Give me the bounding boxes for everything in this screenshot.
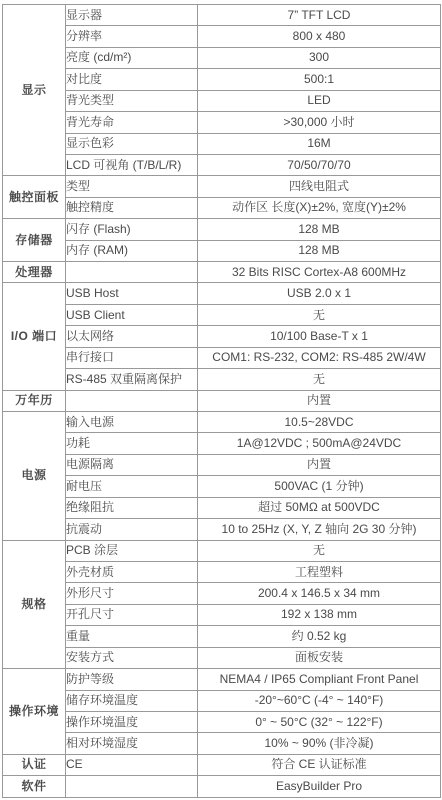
spec-row: 绝缘阻抗超过 50MΩ at 500VDC [3,497,441,518]
spec-row: 触控面板类型四线电阻式 [3,176,441,197]
spec-row: 操作环境防护等级NEMA4 / IP65 Compliant Front Pan… [3,669,441,690]
spec-row: 串行接口COM1: RS-232, COM2: RS-485 2W/4W [3,347,441,368]
property-cell: 开孔尺寸 [66,604,198,625]
value-cell: EasyBuilder Pro [198,776,441,798]
category-cell: 存储器 [3,219,66,262]
property-cell: 耐电压 [66,476,198,497]
value-cell: 192 x 138 mm [198,604,441,625]
spec-row: 外形尺寸200.4 x 146.5 x 34 mm [3,583,441,604]
spec-row: 重量约 0.52 kg [3,626,441,647]
property-cell: PCB 涂层 [66,540,198,561]
value-cell: 动作区 长度(X)±2%, 宽度(Y)±2% [198,197,441,218]
value-cell: 500VAC (1 分钟) [198,476,441,497]
value-cell: 无 [198,304,441,325]
spec-row: 对比度500:1 [3,69,441,90]
property-cell: 安装方式 [66,647,198,668]
category-cell: 显示 [3,5,66,176]
value-cell: 128 MB [198,240,441,261]
spec-table: 显示显示器7” TFT LCD分辨率800 x 480亮度 (cd/m²)300… [2,4,441,798]
spec-row: 显示显示器7” TFT LCD [3,5,441,26]
category-cell: 处理器 [3,262,66,283]
property-cell: 对比度 [66,69,198,90]
spec-row: 电源输入电源10.5~28VDC [3,412,441,433]
category-cell: 电源 [3,412,66,541]
spec-row: 电源隔离内置 [3,454,441,475]
spec-row: 以太网络10/100 Base-T x 1 [3,326,441,347]
value-cell: 500:1 [198,69,441,90]
spec-row: 耐电压500VAC (1 分钟) [3,476,441,497]
spec-row: 处理器32 Bits RISC Cortex-A8 600MHz [3,262,441,283]
property-cell: 重量 [66,626,198,647]
value-cell: 超过 50MΩ at 500VDC [198,497,441,518]
spec-table-body: 显示显示器7” TFT LCD分辨率800 x 480亮度 (cd/m²)300… [3,5,441,798]
spec-row: 功耗1A@12VDC ; 500mA@24VDC [3,433,441,454]
property-cell: 外壳材质 [66,561,198,582]
value-cell: USB 2.0 x 1 [198,283,441,304]
category-cell: 认证 [3,754,66,775]
value-cell: 16M [198,133,441,154]
value-cell: 7” TFT LCD [198,5,441,26]
category-cell: 触控面板 [3,176,66,219]
property-cell: 显示器 [66,5,198,26]
property-cell: 防护等级 [66,669,198,690]
property-cell: CE [66,754,198,775]
value-cell: 内置 [198,454,441,475]
spec-row: 开孔尺寸192 x 138 mm [3,604,441,625]
spec-row: 万年历内置 [3,390,441,411]
value-cell: 128 MB [198,219,441,240]
spec-row: 储存环境温度-20°~60°C (-4° ~ 140°F) [3,690,441,711]
property-cell: 内存 (RAM) [66,240,198,261]
property-cell: 输入电源 [66,412,198,433]
value-cell: 内置 [198,390,441,411]
property-cell: 背光类型 [66,90,198,111]
spec-row: 存储器闪存 (Flash)128 MB [3,219,441,240]
property-cell: 抗震动 [66,519,198,540]
spec-row: 背光寿命>30,000 小时 [3,112,441,133]
property-cell: 触控精度 [66,197,198,218]
spec-row: RS-485 双重隔离保护无 [3,369,441,390]
spec-row: 亮度 (cd/m²)300 [3,47,441,68]
property-cell [66,262,198,283]
category-cell: 软件 [3,776,66,798]
spec-row: 认证CE符合 CE 认证标准 [3,754,441,775]
property-cell: LCD 可视角 (T/B/L/R) [66,154,198,175]
property-cell: 以太网络 [66,326,198,347]
spec-row: 显示色彩16M [3,133,441,154]
property-cell: 闪存 (Flash) [66,219,198,240]
value-cell: COM1: RS-232, COM2: RS-485 2W/4W [198,347,441,368]
property-cell: 绝缘阻抗 [66,497,198,518]
property-cell: RS-485 双重隔离保护 [66,369,198,390]
spec-row: 背光类型LED [3,90,441,111]
value-cell: -20°~60°C (-4° ~ 140°F) [198,690,441,711]
spec-row: LCD 可视角 (T/B/L/R)70/50/70/70 [3,154,441,175]
value-cell: 无 [198,369,441,390]
value-cell: 200.4 x 146.5 x 34 mm [198,583,441,604]
value-cell: LED [198,90,441,111]
value-cell: 800 x 480 [198,26,441,47]
value-cell: 10% ~ 90% (非冷凝) [198,733,441,754]
value-cell: 四线电阻式 [198,176,441,197]
category-cell: 万年历 [3,390,66,411]
spec-row: 内存 (RAM)128 MB [3,240,441,261]
value-cell: 无 [198,540,441,561]
property-cell: 电源隔离 [66,454,198,475]
category-cell: 规格 [3,540,66,669]
value-cell: 1A@12VDC ; 500mA@24VDC [198,433,441,454]
spec-row: 触控精度动作区 长度(X)±2%, 宽度(Y)±2% [3,197,441,218]
spec-row: 相对环境湿度10% ~ 90% (非冷凝) [3,733,441,754]
value-cell: 300 [198,47,441,68]
value-cell: 约 0.52 kg [198,626,441,647]
value-cell: 面板安装 [198,647,441,668]
property-cell: 操作环境温度 [66,711,198,732]
spec-row: 操作环境温度0° ~ 50°C (32° ~ 122°F) [3,711,441,732]
property-cell: 显示色彩 [66,133,198,154]
property-cell: 类型 [66,176,198,197]
property-cell: 储存环境温度 [66,690,198,711]
spec-row: 软件EasyBuilder Pro [3,776,441,798]
property-cell: 串行接口 [66,347,198,368]
value-cell: 32 Bits RISC Cortex-A8 600MHz [198,262,441,283]
property-cell: USB Client [66,304,198,325]
property-cell [66,390,198,411]
property-cell: 功耗 [66,433,198,454]
spec-row: I/O 端口USB HostUSB 2.0 x 1 [3,283,441,304]
spec-row: 分辨率800 x 480 [3,26,441,47]
value-cell: 10 to 25Hz (X, Y, Z 轴向 2G 30 分钟) [198,519,441,540]
property-cell: 外形尺寸 [66,583,198,604]
spec-row: USB Client无 [3,304,441,325]
category-cell: 操作环境 [3,669,66,755]
property-cell: 相对环境湿度 [66,733,198,754]
property-cell [66,776,198,798]
spec-row: 规格PCB 涂层无 [3,540,441,561]
property-cell: USB Host [66,283,198,304]
category-cell: I/O 端口 [3,283,66,390]
property-cell: 分辨率 [66,26,198,47]
value-cell: 符合 CE 认证标准 [198,754,441,775]
value-cell: 70/50/70/70 [198,154,441,175]
value-cell: >30,000 小时 [198,112,441,133]
value-cell: 0° ~ 50°C (32° ~ 122°F) [198,711,441,732]
spec-row: 外壳材质工程塑料 [3,561,441,582]
value-cell: 10.5~28VDC [198,412,441,433]
value-cell: 10/100 Base-T x 1 [198,326,441,347]
property-cell: 背光寿命 [66,112,198,133]
property-cell: 亮度 (cd/m²) [66,47,198,68]
spec-row: 安装方式面板安装 [3,647,441,668]
value-cell: 工程塑料 [198,561,441,582]
value-cell: NEMA4 / IP65 Compliant Front Panel [198,669,441,690]
spec-row: 抗震动10 to 25Hz (X, Y, Z 轴向 2G 30 分钟) [3,519,441,540]
